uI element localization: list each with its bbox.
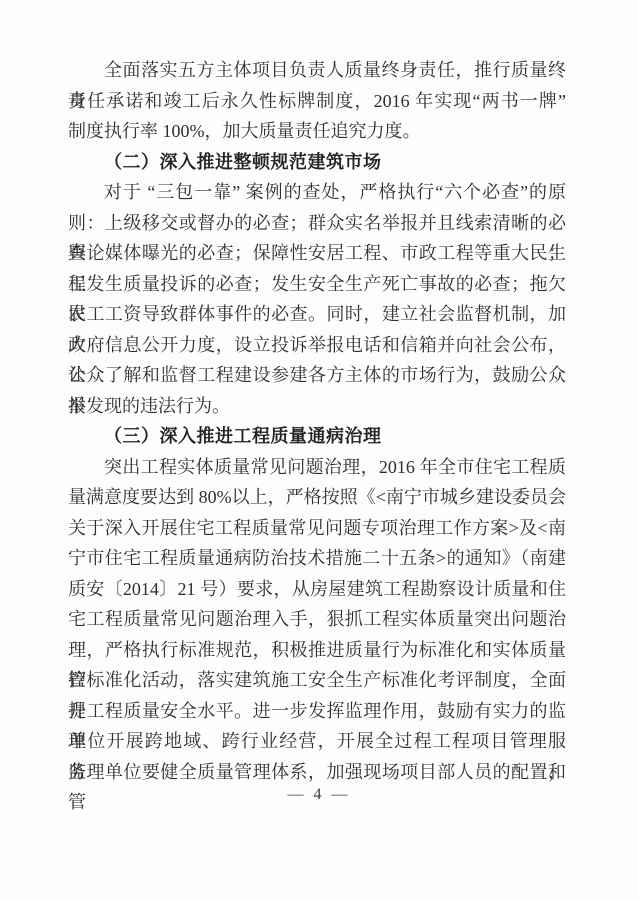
text-line: 制度执行率 100%，加大质量责任追究力度。 [68, 116, 566, 147]
text-line: 程发生质量投诉的必查；发生安全生产死亡事故的必查；拖欠农 [68, 269, 566, 300]
section-heading-3: （三）深入推进工程质量通病治理 [68, 421, 566, 452]
text-line: 宁市住宅工程质量通病防治技术措施二十五条>的通知》（南建 [68, 543, 566, 574]
text-line: 舆论媒体曝光的必查；保障性安居工程、市政工程等重大民生工 [68, 238, 566, 269]
text-line: 质安〔2014〕21 号）要求，从房屋建筑工程勘察设计质量和住 [68, 574, 566, 605]
text-line: 突出工程实体质量常见问题治理，2016 年全市住宅工程质 [68, 452, 566, 483]
text-line: 控标准化活动，落实建筑施工安全生产标准化考评制度，全面提 [68, 665, 566, 696]
text-line: 公众了解和监督工程建设参建各方主体的市场行为，鼓励公众举 [68, 360, 566, 391]
text-line: 对于 “三包一靠” 案例的查处，严格执行“六个必查”的原 [68, 177, 566, 208]
text-line: 宅工程质量常见问题治理入手，狠抓工程实体质量突出问题治 [68, 604, 566, 635]
paragraph: 突出工程实体质量常见问题治理，2016 年全市住宅工程质 量满意度要达到 80%… [68, 452, 566, 788]
text-line: 关于深入开展住宅工程质量常见问题专项治理工作方案>及<南 [68, 513, 566, 544]
paragraph: 对于 “三包一靠” 案例的查处，严格执行“六个必查”的原 则：上级移交或督办的必… [68, 177, 566, 421]
text-line: 则：上级移交或督办的必查；群众实名举报并且线索清晰的必查； [68, 208, 566, 239]
text-line: 报发现的违法行为。 [68, 391, 566, 422]
text-line: 全面落实五方主体项目负责人质量终身责任，推行质量终身 [68, 55, 566, 86]
text-line: 政府信息公开力度，设立投诉举报电话和信箱并向社会公布，让 [68, 330, 566, 361]
text-line: 单位开展跨地域、跨行业经营，开展全过程工程项目管理服务， [68, 726, 566, 757]
text-line: 民工工资导致群体事件的必查。同时，建立社会监督机制，加大 [68, 299, 566, 330]
text-line: 理，严格执行标准规范，积极推进质量行为标准化和实体质量管 [68, 635, 566, 666]
text-line: 责任承诺和竣工后永久性标牌制度，2016 年实现“两书一牌” [68, 86, 566, 117]
paragraph: 全面落实五方主体项目负责人质量终身责任，推行质量终身 责任承诺和竣工后永久性标牌… [68, 55, 566, 147]
section-heading-text: （三）深入推进工程质量通病治理 [68, 421, 566, 452]
document-body: 全面落实五方主体项目负责人质量终身责任，推行质量终身 责任承诺和竣工后永久性标牌… [68, 55, 566, 787]
section-heading-text: （二）深入推进整顿规范建筑市场 [68, 147, 566, 178]
page-number: — 4 — [0, 784, 638, 806]
text-line: 升工程质量安全水平。进一步发挥监理作用，鼓励有实力的监理 [68, 696, 566, 727]
text-line: 量满意度要达到 80%以上，严格按照《<南宁市城乡建设委员会 [68, 482, 566, 513]
text-line: 监理单位要健全质量管理体系，加强现场项目部人员的配置和管 [68, 757, 566, 788]
document-page: 全面落实五方主体项目负责人质量终身责任，推行质量终身 责任承诺和竣工后永久性标牌… [0, 0, 638, 899]
section-heading-2: （二）深入推进整顿规范建筑市场 [68, 147, 566, 178]
